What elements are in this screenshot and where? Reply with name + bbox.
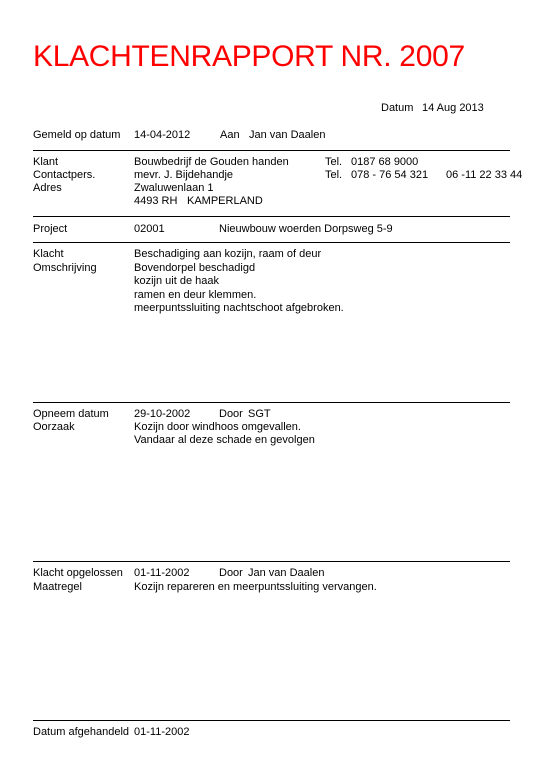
tel2-label: Tel.	[325, 169, 342, 182]
maatregel-value: Kozijn repareren en meerpuntssluiting ve…	[134, 581, 377, 594]
tel2-value: 078 - 76 54 321	[351, 169, 428, 182]
postcode: 4493 RH	[134, 195, 177, 208]
gemeld-label: Gemeld op datum	[33, 129, 120, 142]
inspection-door-value: SGT	[248, 408, 271, 421]
mobile-value: 06 -11 22 33 44	[446, 169, 522, 182]
contact-value: mevr. J. Bijdehandje	[134, 169, 233, 182]
omschrijving-line: kozijn uit de haak	[134, 275, 219, 288]
report-title: KLACHTENRAPPORT NR. 2007	[33, 40, 465, 74]
adres-line1: Zwaluwenlaan 1	[134, 182, 214, 195]
oorzaak-line: Kozijn door windhoos omgevallen.	[134, 421, 301, 434]
divider	[33, 561, 510, 562]
city: KAMPERLAND	[187, 195, 263, 208]
afgehandeld-label: Datum afgehandeld	[33, 726, 129, 739]
klacht-value: Beschadiging aan kozijn, raam of deur	[134, 248, 321, 261]
afgehandeld-date: 01-11-2002	[134, 726, 189, 739]
resolution-door-value: Jan van Daalen	[248, 567, 324, 580]
opneem-label: Opneem datum	[33, 408, 109, 421]
divider	[33, 216, 510, 217]
klant-label: Klant	[33, 156, 58, 169]
oorzaak-label: Oorzaak	[33, 421, 75, 434]
divider	[33, 242, 510, 243]
klant-value: Bouwbedrijf de Gouden handen	[134, 156, 289, 169]
opgelost-date: 01-11-2002	[134, 567, 189, 580]
oorzaak-line: Vandaar al deze schade en gevolgen	[134, 434, 315, 447]
opneem-date: 29-10-2002	[134, 408, 190, 421]
project-name: Nieuwbouw woerden Dorpsweg 5-9	[219, 223, 393, 236]
divider	[33, 150, 510, 151]
resolution-door-label: Door	[219, 567, 243, 580]
divider	[33, 402, 510, 403]
aan-label: Aan	[220, 129, 240, 142]
tel1-label: Tel.	[325, 156, 342, 169]
omschrijving-line: Bovendorpel beschadigd	[134, 262, 255, 275]
adres-label: Adres	[33, 182, 62, 195]
aan-value: Jan van Daalen	[249, 129, 325, 142]
inspection-door-label: Door	[219, 408, 243, 421]
maatregel-label: Maatregel	[33, 581, 82, 594]
divider	[33, 720, 510, 721]
project-code: 02001	[134, 223, 165, 236]
project-label: Project	[33, 223, 67, 236]
datum-value: 14 Aug 2013	[422, 102, 484, 115]
contact-label: Contactpers.	[33, 169, 95, 182]
datum-label: Datum	[381, 102, 413, 115]
gemeld-date: 14-04-2012	[134, 129, 190, 142]
opgelost-label: Klacht opgelossen	[33, 567, 123, 580]
tel1-value: 0187 68 9000	[351, 156, 418, 169]
omschrijving-line: ramen en deur klemmen.	[134, 289, 256, 302]
omschrijving-label: Omschrijving	[33, 262, 97, 275]
omschrijving-line: meerpuntssluiting nachtschoot afgebroken…	[134, 302, 344, 315]
klacht-label: Klacht	[33, 248, 64, 261]
